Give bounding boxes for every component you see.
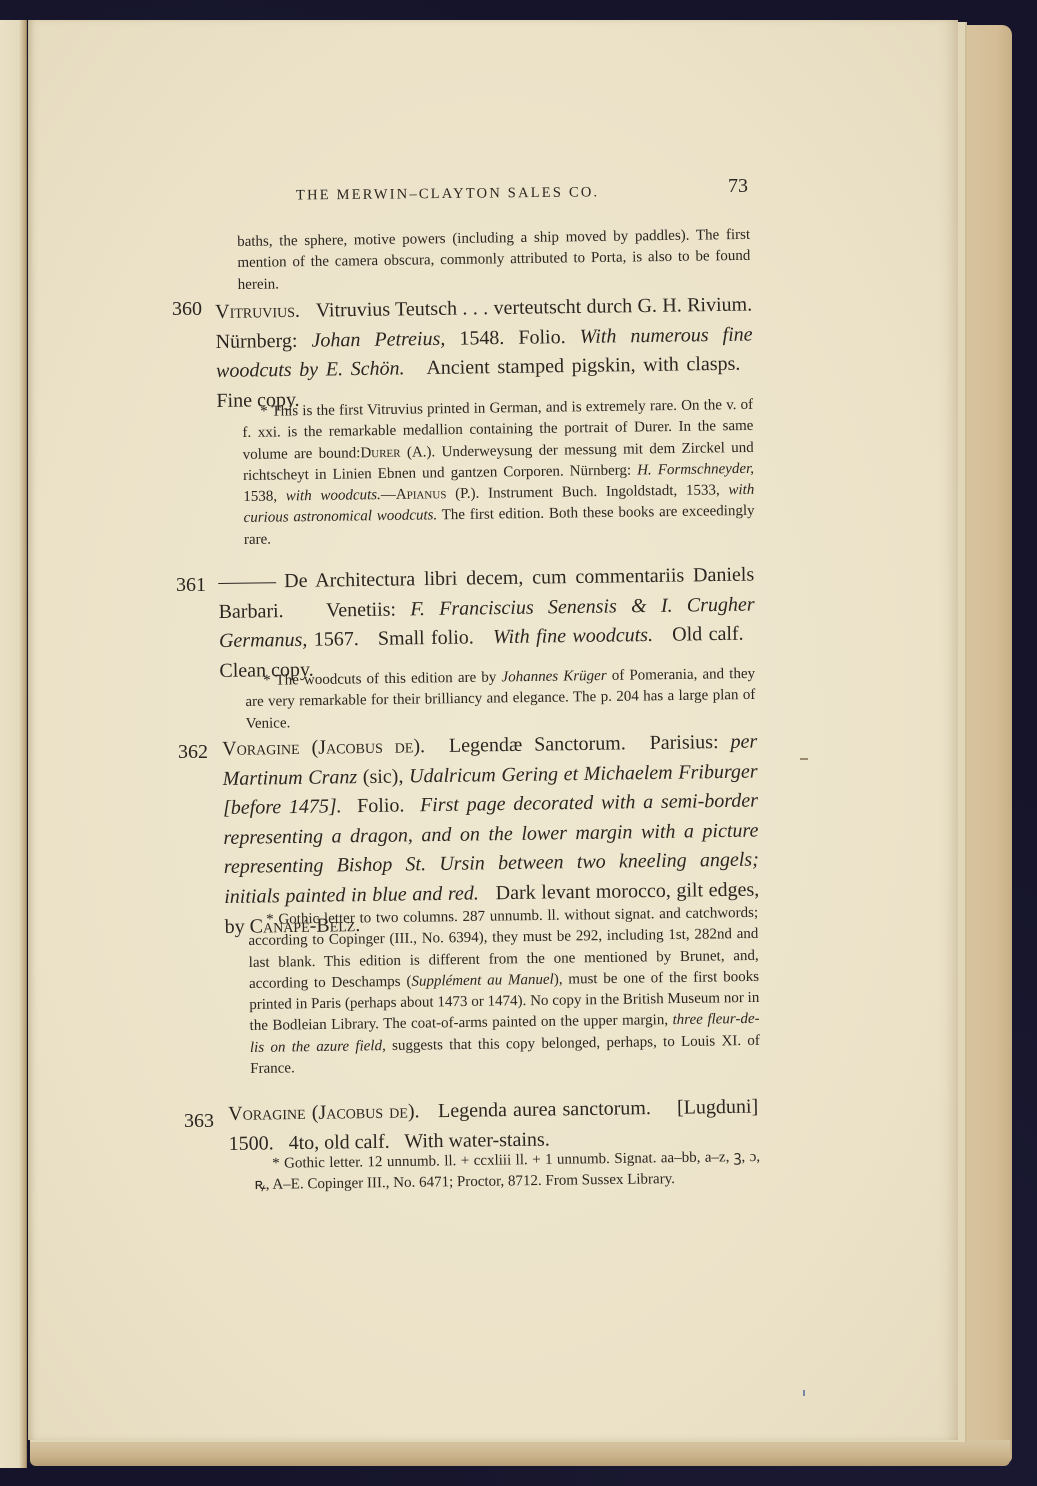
lot-number-363: 363 bbox=[184, 1110, 214, 1133]
running-head: THE MERWIN–CLAYTON SALES CO. bbox=[296, 182, 776, 204]
lot-title: Legendæ Sanctorum. bbox=[449, 732, 626, 756]
lot-format: 4to, old calf. bbox=[288, 1130, 389, 1153]
lot-printer-2: Udalricum Gering et Michaelem Friburger bbox=[409, 760, 758, 787]
continuation-note: baths, the sphere, motive powers (includ… bbox=[237, 225, 751, 296]
lot-author: Voragine (Jacobus de). bbox=[228, 1100, 420, 1125]
lot-year: 1548. bbox=[459, 327, 504, 350]
page-number: 73 bbox=[728, 175, 748, 198]
lot-place: Venetiis: bbox=[326, 598, 396, 621]
lot-printer: Johan Petreius, bbox=[311, 327, 445, 351]
lot-place: [Lugduni] bbox=[657, 1096, 758, 1119]
lot-binding: Ancient stamped pigskin, with clasps. bbox=[426, 353, 740, 379]
lot-place: Nürnberg: bbox=[215, 329, 297, 352]
lot-note-362: * Gothic letter to two columns. 287 unnu… bbox=[248, 903, 760, 1080]
lot-year: 1500. bbox=[228, 1132, 273, 1155]
lot-number-360: 360 bbox=[172, 298, 202, 321]
lot-condition: With water-stains. bbox=[404, 1128, 550, 1152]
lot-title: Legenda aurea sanctorum. bbox=[438, 1097, 651, 1122]
lot-format: Folio. bbox=[357, 795, 405, 818]
paper-blemish bbox=[800, 758, 808, 760]
page-content: THE MERWIN–CLAYTON SALES CO. 73 baths, t… bbox=[0, 0, 1037, 1486]
paper-blemish bbox=[803, 1390, 805, 1396]
lot-title: Vitruvius Teutsch . . . verteutscht durc… bbox=[316, 294, 753, 322]
ditto-dash bbox=[218, 582, 276, 584]
lot-number-362: 362 bbox=[178, 741, 208, 764]
lot-year: 1567. bbox=[314, 628, 359, 651]
lot-place: Parisius: bbox=[650, 731, 719, 754]
lot-note-361: * The woodcuts of this edition are by Jo… bbox=[245, 664, 756, 735]
lot-format: Folio. bbox=[518, 326, 566, 349]
lot-illustration: With fine woodcuts. bbox=[493, 624, 653, 648]
lot-date: [before 1475]. bbox=[223, 796, 342, 820]
continuation-text: baths, the sphere, motive powers (includ… bbox=[237, 225, 751, 296]
lot-author: Vitruvius. bbox=[215, 300, 300, 323]
lot-binding: Old calf. bbox=[672, 623, 744, 646]
lot-author: Voragine (Jacobus de). bbox=[222, 735, 425, 760]
lot-number-361: 361 bbox=[176, 574, 206, 597]
lot-note-360: * This is the first Vitruvius printed in… bbox=[242, 395, 755, 551]
lot-format: Small folio. bbox=[378, 627, 474, 650]
lot-note-363: * Gothic letter. 12 unnumb. ll. + ccxlii… bbox=[254, 1147, 761, 1197]
